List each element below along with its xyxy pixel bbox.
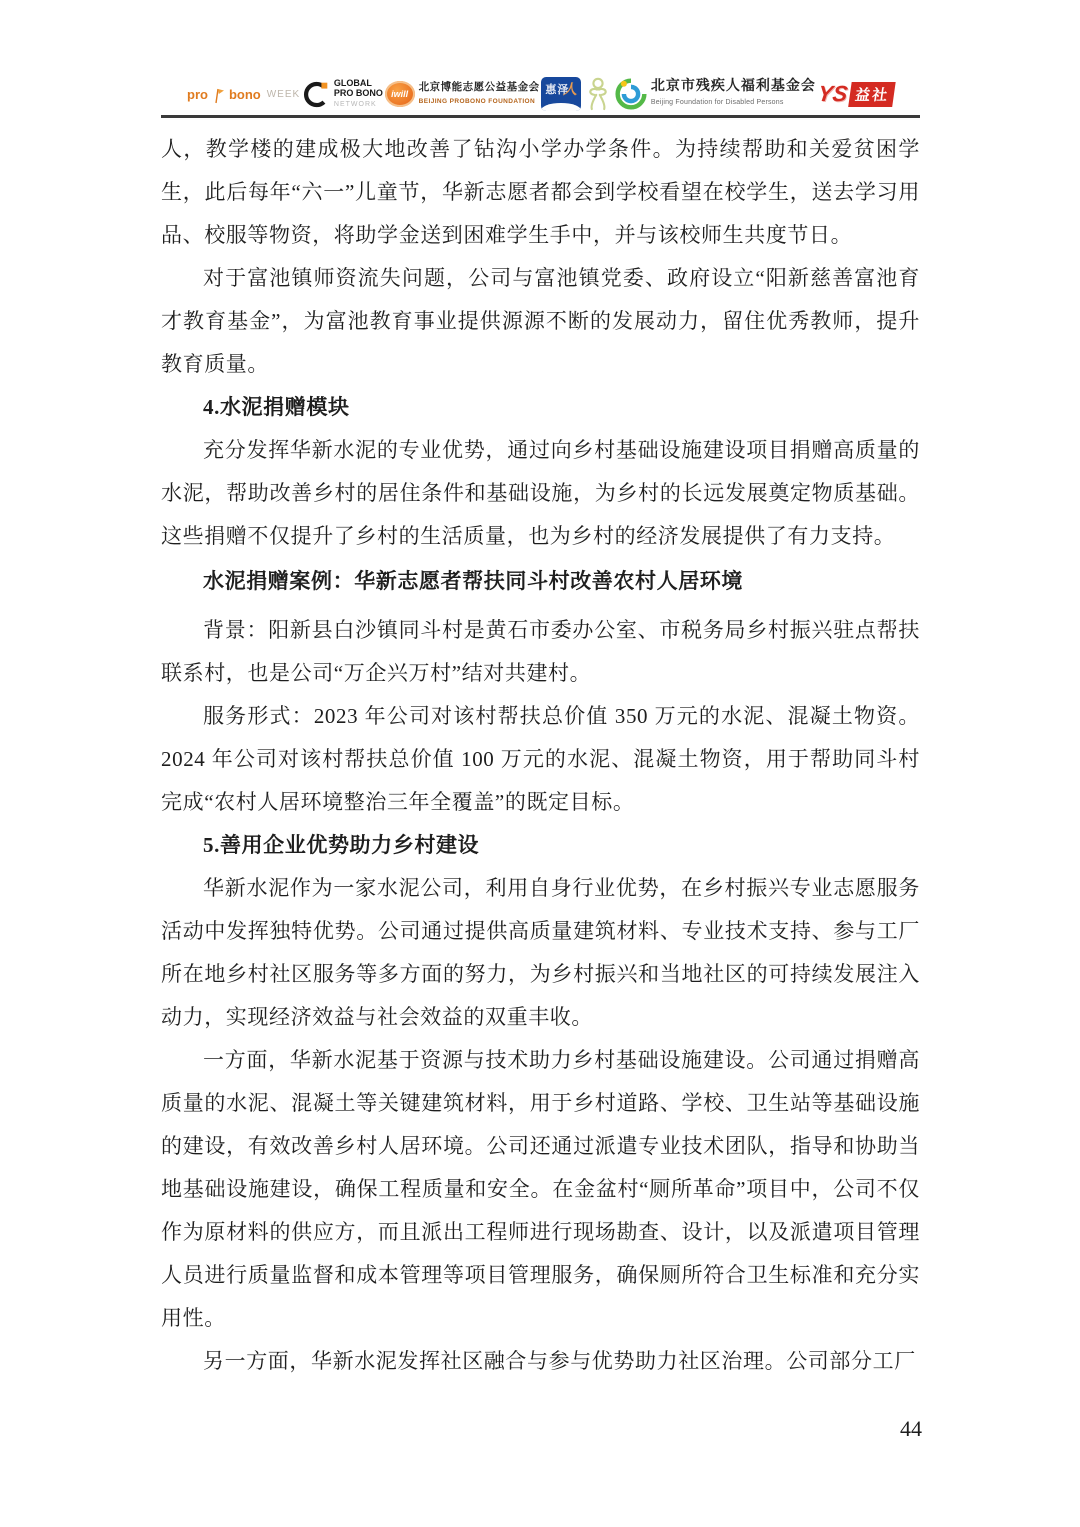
header-logo-strip: pro bono WEEK GLOBAL PRO BONO NETWORK iw… [161, 68, 920, 120]
document-page: pro bono WEEK GLOBAL PRO BONO NETWORK iw… [0, 0, 1080, 1527]
probono-week-pro: pro [187, 87, 208, 102]
paragraph: 华新水泥作为一家水泥公司，利用自身行业优势，在乡村振兴专业志愿服务活动中发挥独特… [161, 867, 920, 1039]
beijing-probono-foundation-logo: iwill 北京博能志愿公益基金会 BEIJING PROBONO FOUNDA… [385, 80, 540, 108]
bfdp-cn: 北京市残疾人福利基金会 [651, 77, 816, 93]
paragraph: 人，教学楼的建成极大地改善了钻沟小学办学条件。为持续帮助和关爱贫困学生，此后每年… [161, 128, 920, 257]
huizeren-band [541, 103, 581, 111]
huizeren-person-glyph: 人 [562, 79, 580, 99]
paragraph: 一方面，华新水泥基于资源与技术助力乡村基础设施建设。公司通过捐赠高质量的水泥、混… [161, 1039, 920, 1340]
paragraph: 充分发挥华新水泥的专业优势，通过向乡村基础设施建设项目捐赠高质量的水泥，帮助改善… [161, 429, 920, 558]
huizeren-logo-icon: 惠泽 人 [541, 77, 581, 111]
paragraph: 背景：阳新县白沙镇同斗村是黄石市委办公室、市税务局乡村振兴驻点帮扶联系村，也是公… [161, 609, 920, 695]
section-heading-enterprise-advantage: 5.善用企业优势助力乡村建设 [161, 824, 920, 867]
paragraph: 服务形式：2023 年公司对该村帮扶总价值 350 万元的水泥、混凝土物资。20… [161, 695, 920, 824]
section-heading-cement-donation: 4.水泥捐赠模块 [161, 386, 920, 429]
yishe-logo-icon: YS 益社 [816, 81, 896, 107]
header-divider-line [161, 115, 920, 118]
flag-icon [213, 87, 224, 104]
probono-foundation-cn: 北京博能志愿公益基金会 [419, 81, 540, 93]
gpbn-wordmark: GLOBAL PRO BONO NETWORK [334, 78, 383, 110]
gpbn-line3: NETWORK [334, 101, 377, 108]
iwill-badge-icon: iwill [385, 81, 415, 107]
global-pro-bono-network-logo: GLOBAL PRO BONO NETWORK [302, 78, 383, 110]
gpbn-line1: GLOBAL [334, 78, 372, 88]
person-outline-icon [583, 76, 613, 112]
probono-week-week: WEEK [267, 89, 300, 100]
probono-foundation-en: BEIJING PROBONO FOUNDATION [419, 98, 535, 105]
probono-week-bono: bono [229, 87, 261, 102]
body-text: 人，教学楼的建成极大地改善了钻沟小学办学条件。为持续帮助和关爱贫困学生，此后每年… [161, 128, 920, 1383]
paragraph: 另一方面，华新水泥发挥社区融合与参与优势助力社区治理。公司部分工厂 [161, 1340, 920, 1383]
yishe-cn: 益社 [848, 82, 896, 107]
paragraph: 对于富池镇师资流失问题，公司与富池镇党委、政府设立“阳新慈善富池育才教育基金”，… [161, 257, 920, 386]
page-number: 44 [900, 1416, 922, 1442]
gpbn-line2: PRO BONO [334, 88, 383, 98]
probono-week-logo: pro bono WEEK [187, 87, 300, 102]
bfdp-wordmark: 北京市残疾人福利基金会 Beijing Foundation for Disab… [651, 78, 816, 110]
bfdp-logo: 北京市残疾人福利基金会 Beijing Foundation for Disab… [615, 78, 816, 110]
case-heading-tongdou-village: 水泥捐赠案例：华新志愿者帮扶同斗村改善农村人居环境 [161, 560, 920, 603]
probono-foundation-wordmark: 北京博能志愿公益基金会 BEIJING PROBONO FOUNDATION [419, 80, 540, 108]
yishe-ys: YS [816, 81, 849, 107]
bfdp-swirl-icon [615, 78, 647, 110]
gpbn-c-icon [302, 81, 329, 108]
bfdp-en: Beijing Foundation for Disabled Persons [651, 99, 784, 106]
